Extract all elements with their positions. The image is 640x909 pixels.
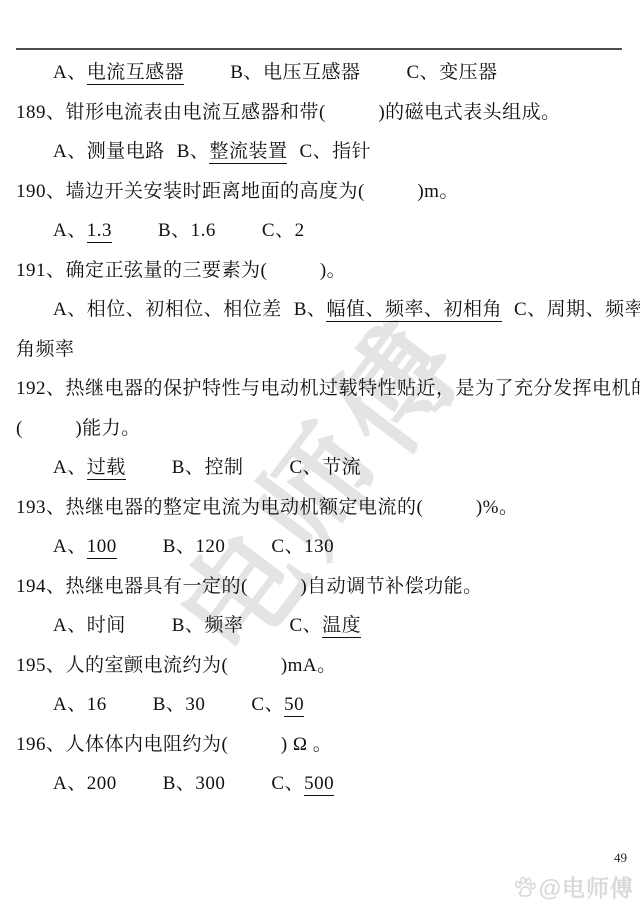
option-label: B、 [163,536,196,557]
option-C: C、130 [271,527,334,567]
option-label: A、 [53,220,87,241]
option-A: A、200 [53,764,117,804]
options-line: A、200B、300C、500 [0,764,640,804]
options-line: A、100B、120C、130 [0,527,640,567]
option-label: A、 [53,615,87,636]
option-label: A、 [53,773,87,794]
option-label: B、 [158,220,191,241]
option-label: C、 [251,694,284,715]
option-text: 控制 [204,457,243,478]
question-line: 196、人体体内电阻约为( ) Ω 。 [0,725,640,765]
option-label: B、 [294,299,327,320]
option-label: A、 [53,694,87,715]
option-C: C、2 [262,211,305,251]
option-text: 相位、初相位、相位差 [87,299,282,320]
option-text: 16 [87,694,107,715]
option-text: 30 [185,694,205,715]
question-line: 190、墙边开关安装时距离地面的高度为( )m。 [0,172,640,212]
option-text: 指针 [332,141,371,162]
options-line: A、过载B、控制C、节流 [0,448,640,488]
option-C: C、500 [271,764,334,804]
option-A: A、时间 [53,606,126,646]
question-line: 角频率 [0,330,640,370]
baidu-paw-icon [513,875,537,899]
option-B: B、幅值、频率、初相角 [294,290,502,330]
question-line: 195、人的室颤电流约为( )mA。 [0,646,640,686]
question-line: 193、热继电器的整定电流为电动机额定电流的( )%。 [0,488,640,528]
option-label: C、 [271,773,304,794]
option-label: C、 [514,299,547,320]
content: A、电流互感器B、电压互感器C、变压器189、钳形电流表由电流互感器和带( )的… [0,53,640,804]
option-label: A、 [53,62,87,83]
option-B: B、整流装置 [177,132,288,172]
option-text: 300 [195,773,225,794]
option-A: A、16 [53,685,107,725]
options-line: A、相位、初相位、相位差B、幅值、频率、初相角C、周期、频率、 [0,290,640,330]
corner-watermark-text: @电师傅 [539,870,634,903]
option-text-correct: 500 [304,773,334,796]
option-C: C、指针 [299,132,371,172]
option-C: C、节流 [289,448,361,488]
option-label: C、 [289,615,322,636]
option-B: B、电压互感器 [230,53,360,93]
options-line: A、16B、30C、50 [0,685,640,725]
question-line: 192、热继电器的保护特性与电动机过载特性贴近，是为了充分发挥电机的 [0,369,640,409]
option-text: 200 [87,773,117,794]
option-label: A、 [53,457,87,478]
option-text-correct: 幅值、频率、初相角 [326,299,502,322]
option-label: C、 [271,536,304,557]
option-B: B、1.6 [158,211,216,251]
option-text: 时间 [87,615,126,636]
option-text: 节流 [322,457,361,478]
exam-page: 电师傅 A、电流互感器B、电压互感器C、变压器189、钳形电流表由电流互感器和带… [0,0,640,909]
option-text: 130 [304,536,334,557]
question-line: 194、热继电器具有一定的( )自动调节补偿功能。 [0,567,640,607]
option-label: C、 [299,141,332,162]
option-text: 1.6 [191,220,216,241]
options-line: A、1.3B、1.6C、2 [0,211,640,251]
option-A: A、电流互感器 [53,53,184,93]
page-number: 49 [614,850,627,866]
option-text: 120 [195,536,225,557]
option-text-correct: 电流互感器 [87,62,185,85]
option-text-correct: 过载 [87,457,126,480]
option-text-correct: 1.3 [87,220,112,243]
option-text-correct: 温度 [322,615,361,638]
option-label: A、 [53,299,87,320]
option-label: B、 [172,457,205,478]
options-line: A、测量电路B、整流装置C、指针 [0,132,640,172]
header-rule [16,48,622,50]
option-A: A、1.3 [53,211,112,251]
option-text: 2 [295,220,305,241]
option-A: A、过载 [53,448,126,488]
option-label: C、 [262,220,295,241]
option-A: A、测量电路 [53,132,165,172]
option-A: A、相位、初相位、相位差 [53,290,282,330]
option-label: B、 [172,615,205,636]
option-label: C、 [406,62,439,83]
question-line: 189、钳形电流表由电流互感器和带( )的磁电式表头组成。 [0,93,640,133]
question-line: ( )能力。 [0,409,640,449]
corner-watermark: @电师傅 [513,870,634,903]
option-B: B、120 [163,527,226,567]
option-text: 测量电路 [87,141,165,162]
option-text: 变压器 [439,62,498,83]
option-A: A、100 [53,527,117,567]
option-label: A、 [53,536,87,557]
options-line: A、电流互感器B、电压互感器C、变压器 [0,53,640,93]
option-C: C、温度 [289,606,361,646]
option-B: B、300 [163,764,226,804]
option-C: C、50 [251,685,304,725]
option-text: 周期、频率、 [547,299,640,320]
question-line: 191、确定正弦量的三要素为( )。 [0,251,640,291]
options-line: A、时间B、频率C、温度 [0,606,640,646]
option-text: 频率 [204,615,243,636]
option-label: B、 [163,773,196,794]
option-label: C、 [289,457,322,478]
option-B: B、30 [153,685,206,725]
option-C: C、变压器 [406,53,497,93]
option-label: B、 [177,141,210,162]
option-text-correct: 整流装置 [209,141,287,164]
option-text: 电压互感器 [263,62,361,83]
option-label: B、 [230,62,263,83]
option-text-correct: 50 [284,694,304,717]
option-C: C、周期、频率、 [514,290,640,330]
option-B: B、频率 [172,606,244,646]
option-label: A、 [53,141,87,162]
option-B: B、控制 [172,448,244,488]
option-label: B、 [153,694,186,715]
option-text-correct: 100 [87,536,117,559]
